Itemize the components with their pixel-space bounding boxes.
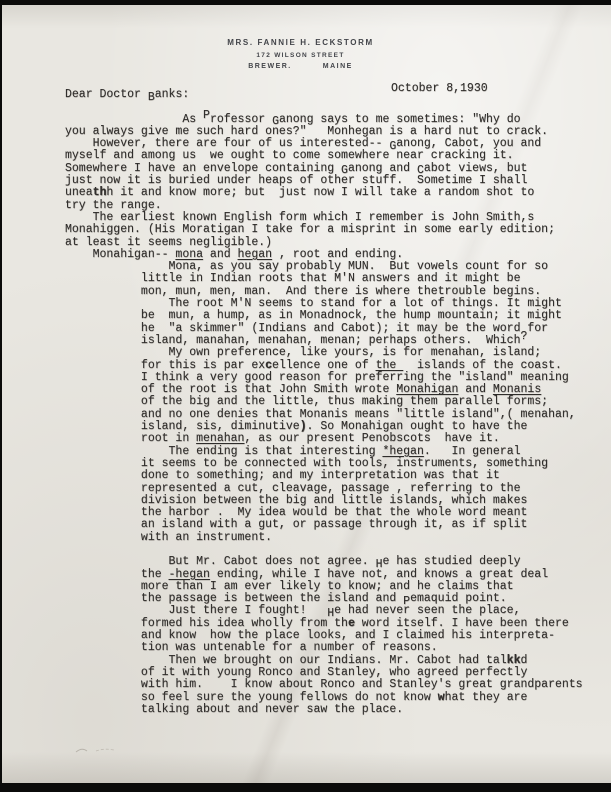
letterhead-street: 172 WILSON STREET [2, 52, 599, 59]
letterhead-name: MRS. FANNIE H. ECKSTORM [2, 38, 599, 47]
letterhead-city-state: BREWER. MAINE [2, 63, 599, 70]
scanned-letter-page: { "colors": { "paper": "#e9e7e1", "ink":… [0, 0, 611, 792]
letter-body: Dear Doctor Banks: As Professor Ganong s… [65, 89, 583, 716]
letter-line: with an instrument. [65, 532, 583, 544]
letterhead: MRS. FANNIE H. ECKSTORM 172 WILSON STREE… [2, 38, 599, 70]
pencil-mark [74, 743, 124, 757]
letter-line: Dear Doctor Banks: [65, 89, 583, 101]
letter-paper: MRS. FANNIE H. ECKSTORM 172 WILSON STREE… [2, 5, 611, 783]
letter-line: talking about and never saw the place. [65, 704, 583, 716]
